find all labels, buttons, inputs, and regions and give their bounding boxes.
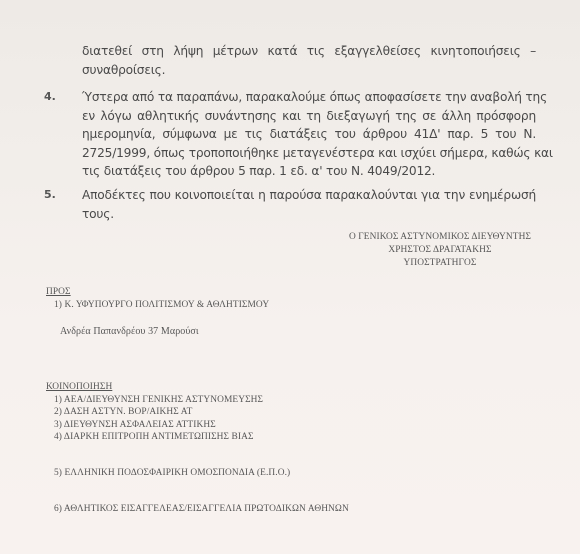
paragraph-number: 4.: [44, 90, 56, 103]
recipient-item: 1) Κ. ΥΦΥΠΟΥΡΓΟ ΠΟΛΙΤΙΣΜΟΥ & ΑΘΛΗΤΙΣΜΟΥ: [46, 299, 269, 312]
text-line: διατεθεί στη λήψη μέτρων κατά τις εξαγγε…: [82, 42, 536, 61]
text-line: συναθροίσεις.: [82, 61, 536, 80]
signature-rank: ΥΠΟΣΤΡΑΤΗΓΟΣ: [330, 257, 550, 270]
signature-name: ΧΡΗΣΤΟΣ ΔΡΑΓΑΤΑΚΗΣ: [330, 244, 550, 257]
notification-heading: ΚΟΙΝΟΠΟΙΗΣΗ: [46, 381, 263, 394]
paragraph-4: Ύστερα από τα παραπάνω, παρακαλούμε όπως…: [82, 88, 536, 181]
text-line: Αποδέκτες που κοινοποιείται η παρούσα πα…: [82, 186, 536, 205]
notification-section: ΚΟΙΝΟΠΟΙΗΣΗ 1) ΑΕΑ/ΔΙΕΥΘΥΝΣΗ ΓΕΝΙΚΗΣ ΑΣΤ…: [46, 381, 263, 444]
text-line: τις διατάξεις του άρθρου 5 παρ. 1 εδ. α'…: [82, 162, 536, 181]
notification-item: 6) ΑΘΛΗΤΙΚΟΣ ΕΙΣΑΓΓΕΛΕΑΣ/ΕΙΣΑΓΓΕΛΙΑ ΠΡΩΤ…: [54, 503, 349, 516]
signature-block: Ο ΓΕΝΙΚΟΣ ΑΣΤΥΝΟΜΙΚΟΣ ΔΙΕΥΘΥΝΤΗΣ ΧΡΗΣΤΟΣ…: [330, 231, 550, 270]
text-line: 2725/1999, όπως τροποποιήθηκε μεταγενέστ…: [82, 144, 536, 163]
text-line: ημερομηνία, σύμφωνα με τις διατάξεις του…: [82, 125, 536, 144]
text-line: εν λόγω αθλητικής συνάντησης και τη διεξ…: [82, 107, 536, 126]
signature-title: Ο ΓΕΝΙΚΟΣ ΑΣΤΥΝΟΜΙΚΟΣ ΔΙΕΥΘΥΝΤΗΣ: [330, 231, 550, 244]
text-line: τους.: [82, 205, 536, 224]
paragraph-number: 5.: [44, 188, 56, 201]
paragraph-5: Αποδέκτες που κοινοποιείται η παρούσα πα…: [82, 186, 536, 223]
document-page: διατεθεί στη λήψη μέτρων κατά τις εξαγγε…: [0, 0, 580, 554]
recipient-address: Ανδρέα Παπανδρέου 37 Μαρούσι: [46, 325, 269, 338]
notification-item: 5) ΕΛΛΗΝΙΚΗ ΠΟΔΟΣΦΑΙΡΙΚΗ ΟΜΟΣΠΟΝΔΙΑ (Ε.Π…: [54, 467, 290, 480]
text-line: Ύστερα από τα παραπάνω, παρακαλούμε όπως…: [82, 88, 536, 107]
notification-item: 2) ΔΑΣΗ ΑΣΤΥΝ. ΒΟΡ/ΑΙΚΗΣ ΑΤ: [46, 406, 263, 419]
notification-item: 4) ΔΙΑΡΚΗ ΕΠΙΤΡΟΠΗ ΑΝΤΙΜΕΤΩΠΙΣΗΣ ΒΙΑΣ: [46, 431, 263, 444]
continuation-paragraph: διατεθεί στη λήψη μέτρων κατά τις εξαγγε…: [82, 42, 536, 79]
notification-item: 1) ΑΕΑ/ΔΙΕΥΘΥΝΣΗ ΓΕΝΙΚΗΣ ΑΣΤΥΝΟΜΕΥΣΗΣ: [46, 394, 263, 407]
notification-item: 3) ΔΙΕΥΘΥΝΣΗ ΑΣΦΑΛΕΙΑΣ ΑΤΤΙΚΗΣ: [46, 419, 263, 432]
recipients-section: ΠΡΟΣ 1) Κ. ΥΦΥΠΟΥΡΓΟ ΠΟΛΙΤΙΣΜΟΥ & ΑΘΛΗΤΙ…: [46, 286, 269, 338]
recipients-heading: ΠΡΟΣ: [46, 286, 269, 299]
